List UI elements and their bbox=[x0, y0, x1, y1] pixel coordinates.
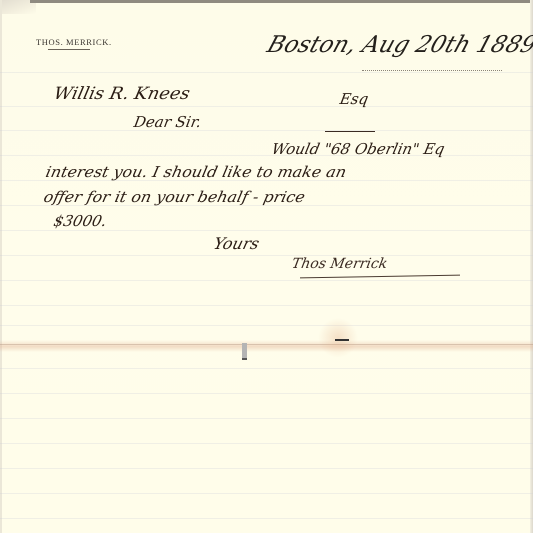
paper-tab-mark bbox=[242, 343, 247, 360]
body-line: $3000. bbox=[52, 212, 108, 230]
dateline-dotted-rule bbox=[362, 70, 502, 71]
ruled-line bbox=[0, 518, 533, 519]
ruled-line bbox=[0, 130, 533, 131]
ruled-line bbox=[0, 468, 533, 469]
recipient-name: Willis R. Knees bbox=[52, 84, 192, 104]
ruled-line bbox=[0, 443, 533, 444]
recipient-title: Esq bbox=[338, 90, 369, 108]
foxing-stain bbox=[318, 318, 358, 358]
paper-fold-crease bbox=[0, 340, 533, 352]
ruled-line bbox=[0, 305, 533, 306]
paper-left-edge bbox=[0, 0, 2, 533]
ruled-line bbox=[0, 280, 533, 281]
ruled-line bbox=[0, 325, 533, 326]
fold-line bbox=[0, 344, 533, 345]
dateline: Boston, Aug 20th 1889 bbox=[264, 32, 533, 58]
ruled-line bbox=[0, 493, 533, 494]
ruled-line bbox=[0, 72, 533, 73]
ruled-line bbox=[0, 155, 533, 156]
ruled-line bbox=[0, 106, 533, 107]
ruled-line bbox=[0, 418, 533, 419]
body-line: interest you. I should like to make an bbox=[44, 163, 348, 181]
body-line: offer for it on your behalf - price bbox=[42, 188, 307, 206]
letterhead-name: THOS. MERRICK. bbox=[36, 37, 112, 47]
letter-page: THOS. MERRICK. Boston, Aug 20th 1889 Wil… bbox=[0, 0, 533, 533]
signature: Thos Merrick bbox=[291, 256, 389, 272]
ink-stroke bbox=[325, 131, 375, 132]
closing: Yours bbox=[212, 234, 262, 253]
body-line: Would "68 Oberlin" Eq bbox=[270, 140, 446, 158]
ruled-line bbox=[0, 393, 533, 394]
pin-mark bbox=[335, 339, 349, 341]
ruled-line bbox=[0, 230, 533, 231]
greeting: Dear Sir. bbox=[132, 113, 202, 131]
paper-top-edge bbox=[30, 0, 533, 3]
ruled-line bbox=[0, 368, 533, 369]
letterhead-underline bbox=[48, 49, 90, 50]
signature-flourish bbox=[300, 275, 460, 279]
ruled-line bbox=[0, 255, 533, 256]
